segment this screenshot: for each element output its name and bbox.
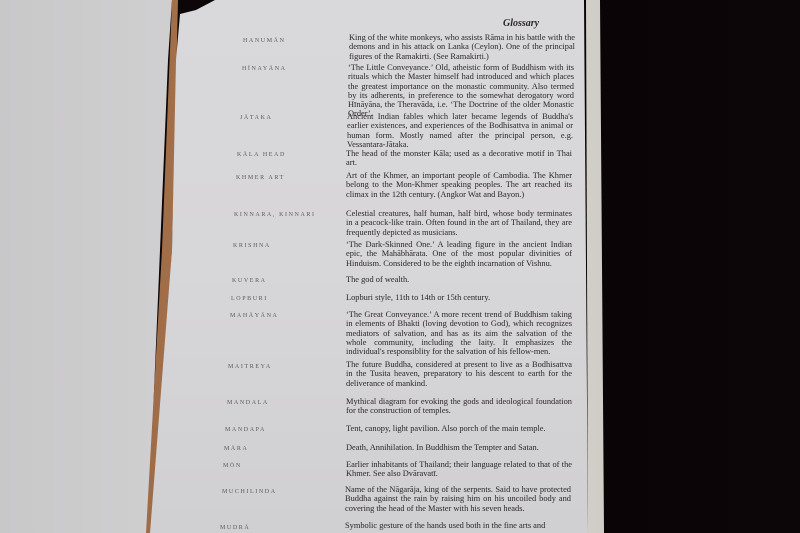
entry-definition: Art of the Khmer, an important people of… [346, 171, 572, 199]
entry-term: Māra [224, 446, 248, 452]
entry-term: Hīnayāna [242, 66, 287, 72]
entry-definition: Name of the Nāgarāja, king of the serpen… [345, 485, 571, 513]
entry-term: Kuvera [232, 278, 267, 284]
entry-term: Mudrā [220, 525, 250, 531]
entry-definition: The god of wealth. [346, 275, 572, 284]
entry-term: Muchilinda [222, 489, 277, 495]
entry-definition: Lopburi style, 11th to 14th or 15th cent… [346, 293, 572, 302]
entry-definition: ‘The Little Conveyance.’ Old, atheistic … [348, 63, 574, 119]
entry-definition: ‘The Dark-Skinned One.’ A leading figure… [346, 240, 572, 268]
entry-definition: Symbolic gesture of the hands used both … [345, 521, 571, 530]
entry-definition: The head of the monster Kāla; used as a … [346, 149, 572, 168]
running-head: Glossary [503, 18, 539, 29]
photo-scene: Glossary Hanumān King of the white monke… [0, 0, 800, 533]
entry-definition: The future Buddha, considered at present… [346, 360, 572, 388]
entry-term: Mandapa [225, 427, 266, 433]
glossary-page: Glossary Hanumān King of the white monke… [0, 0, 800, 533]
entry-term: Maitreya [228, 364, 272, 370]
entry-term: Mōn [223, 463, 242, 469]
entry-term: Khmer art [236, 175, 285, 181]
entry-definition: Death, Annihilation. In Buddhism the Tem… [346, 443, 572, 452]
entry-definition: Earlier inhabitants of Thailand; their l… [346, 460, 572, 479]
entry-term: Krishna [233, 243, 271, 249]
entry-definition: ‘The Great Conveyance.’ A more recent tr… [346, 310, 572, 356]
entry-term: Kinnara, Kinnari [234, 212, 316, 218]
entry-term: Mandala [227, 400, 269, 406]
entry-definition: Celestial creatures, half human, half bi… [346, 209, 572, 237]
entry-term: Mahāyāna [230, 313, 278, 319]
entry-definition: Mythical diagram for evoking the gods an… [346, 397, 572, 416]
entry-term: Kāla head [237, 152, 286, 158]
entry-definition: Ancient Indian fables which later became… [347, 112, 573, 149]
entry-term: Hanumān [243, 38, 286, 44]
entry-definition: Tent, canopy, light pavilion. Also porch… [346, 424, 572, 433]
entry-term: Lopburi [231, 296, 268, 302]
entry-definition: King of the white monkeys, who assists R… [349, 33, 575, 61]
entry-term: Jātaka [240, 115, 272, 121]
